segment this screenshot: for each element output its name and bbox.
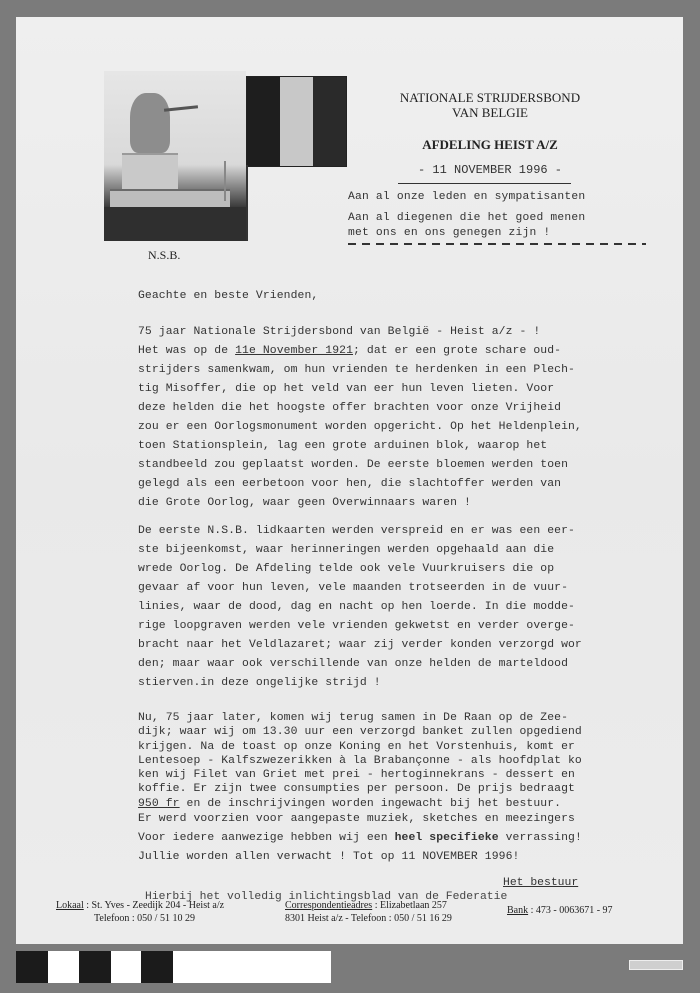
greeting-line-3: met ons en ons genegen zijn !: [348, 227, 550, 239]
text-line: tig Misoffer, die op het veld van eer hu…: [138, 380, 698, 399]
bank-label: Bank: [507, 905, 528, 916]
venue-label: Lokaal: [56, 900, 84, 911]
text-line: ken wij Filet van Griet met prei - herto…: [138, 768, 698, 782]
signature: Het bestuur: [503, 877, 578, 889]
correspondence-city: 8301 Heist a/z - Telefoon : 050 / 51 16 …: [285, 912, 452, 925]
venue-phone: Telefoon : 050 / 51 10 29: [56, 912, 224, 925]
calibration-swatch: [111, 951, 141, 983]
footer-correspondence: Correspondentieadres : Elizabetlaan 257 …: [285, 899, 452, 925]
statue-shape: [130, 93, 170, 153]
paragraph-history: 75 jaar Nationale Strijdersbond van Belg…: [138, 323, 698, 513]
calibration-swatch: [16, 951, 48, 983]
text-line: koffie. Er zijn twee consumpties per per…: [138, 782, 698, 796]
text-span: Het was op de: [138, 345, 235, 357]
paragraph-closing: Er werd voorzien voor aangepaste muziek,…: [138, 810, 698, 867]
footer-venue: Lokaal : St. Yves - Zeedijk 204 - Heist …: [56, 899, 224, 925]
date-underline: [398, 183, 571, 184]
text-line: gevaar af voor hun leven, vele maanden t…: [138, 579, 698, 598]
dashed-divider: [348, 243, 646, 245]
org-line-2: VAN BELGIE: [380, 105, 600, 120]
text-line: Nu, 75 jaar later, komen wij terug samen…: [138, 711, 698, 725]
base-shape: [110, 189, 230, 209]
greeting-line-2: Aan al diegenen die het goed menen: [348, 212, 585, 224]
text-span: ; dat er een grote schare oud-: [353, 345, 561, 357]
photo-caption: N.S.B.: [148, 248, 180, 263]
letter-date: - 11 NOVEMBER 1996 -: [380, 163, 600, 177]
text-line: dijk; waar wij om 13.30 uur een verzorgd…: [138, 725, 698, 739]
price: 950 fr: [138, 798, 180, 810]
text-line: bracht naar het Veldlazaret; waar zij ve…: [138, 636, 698, 655]
text-line: Lentesoep - Kalfszwezerikken à la Braban…: [138, 754, 698, 768]
text-line: deze helden die het hoogste offer bracht…: [138, 399, 698, 418]
venue-address: : St. Yves - Zeedijk 204 - Heist a/z: [84, 900, 224, 911]
flag-stripe-right: [313, 77, 346, 166]
text-line: zou er een Oorlogsmonument worden opgeri…: [138, 418, 698, 437]
calibration-swatch: [141, 951, 173, 983]
text-line: standbeeld zou geplaatst worden. De eers…: [138, 456, 698, 475]
footer-bank: Bank : 473 - 0063671 - 97: [507, 904, 613, 917]
calibration-swatch: [79, 951, 111, 983]
flag-stripe-middle: [280, 77, 313, 166]
archive-label: [629, 960, 683, 970]
text-line: 75 jaar Nationale Strijdersbond van Belg…: [138, 323, 698, 342]
ground-shape: [104, 207, 246, 241]
greeting-line-1: Aan al onze leden en sympatisanten: [348, 191, 585, 203]
text-line: 950 fr en de inschrijvingen worden ingew…: [138, 797, 698, 811]
text-line: den; maar waar ook verschillende van onz…: [138, 655, 698, 674]
text-line: wrede Oorlog. De Afdeling telde ook vele…: [138, 560, 698, 579]
correspondence-address: : Elizabetlaan 257: [372, 900, 447, 911]
text-line: Jullie worden allen verwacht ! Tot op 11…: [138, 848, 698, 867]
calibration-swatch: [48, 951, 79, 983]
pole-shape: [224, 161, 226, 201]
flagpole: [246, 165, 248, 241]
rifle-shape: [164, 105, 198, 112]
war-monument-photo: [104, 71, 246, 241]
text-line: gelegd als een eerbetoon voor hen, die s…: [138, 475, 698, 494]
paragraph-war: De eerste N.S.B. lidkaarten werden versp…: [138, 522, 698, 693]
text-line: Er werd voorzien voor aangepaste muziek,…: [138, 810, 698, 829]
text-line: die Grote Oorlog, waar geen Overwinnaars…: [138, 494, 698, 513]
text-span: Voor iedere aanwezige hebben wij een: [138, 832, 395, 844]
emphasis: heel specifieke: [395, 832, 499, 844]
venue-line: Lokaal : St. Yves - Zeedijk 204 - Heist …: [56, 899, 224, 912]
salutation: Geachte en beste Vrienden,: [138, 287, 698, 306]
text-line: strijders samenkwam, om hun vrienden te …: [138, 361, 698, 380]
text-line: De eerste N.S.B. lidkaarten werden versp…: [138, 522, 698, 541]
text-line: krijgen. Na de toast op onze Koning en h…: [138, 740, 698, 754]
text-span: en de inschrijvingen worden ingewacht bi…: [180, 798, 561, 810]
correspondence-line: Correspondentieadres : Elizabetlaan 257: [285, 899, 452, 912]
text-line: ste bijeenkomst, waar herinneringen werd…: [138, 541, 698, 560]
text-span: verrassing!: [499, 832, 582, 844]
organization-name: NATIONALE STRIJDERSBOND VAN BELGIE: [380, 90, 600, 120]
calibration-swatch: [173, 951, 331, 983]
paragraph-banquet: Nu, 75 jaar later, komen wij terug samen…: [138, 711, 698, 811]
org-line-1: NATIONALE STRIJDERSBOND: [380, 90, 600, 105]
text-line: linies, waar de dood, dag en nacht op he…: [138, 598, 698, 617]
text-line: rige loopgraven werden vele vrienden gek…: [138, 617, 698, 636]
text-line: stierven.in deze ongelijke strijd !: [138, 674, 698, 693]
correspondence-label: Correspondentieadres: [285, 900, 372, 911]
text-line: Voor iedere aanwezige hebben wij een hee…: [138, 829, 698, 848]
bank-account: : 473 - 0063671 - 97: [528, 905, 612, 916]
text-line: Het was op de 11e November 1921; dat er …: [138, 342, 698, 361]
founding-date: 11e November 1921: [235, 345, 353, 357]
belgian-flag-icon: [246, 76, 347, 167]
text-line: toen Stationsplein, lag een grote arduin…: [138, 437, 698, 456]
flag-stripe-left: [247, 77, 280, 166]
department-name: AFDELING HEIST A/Z: [380, 137, 600, 153]
